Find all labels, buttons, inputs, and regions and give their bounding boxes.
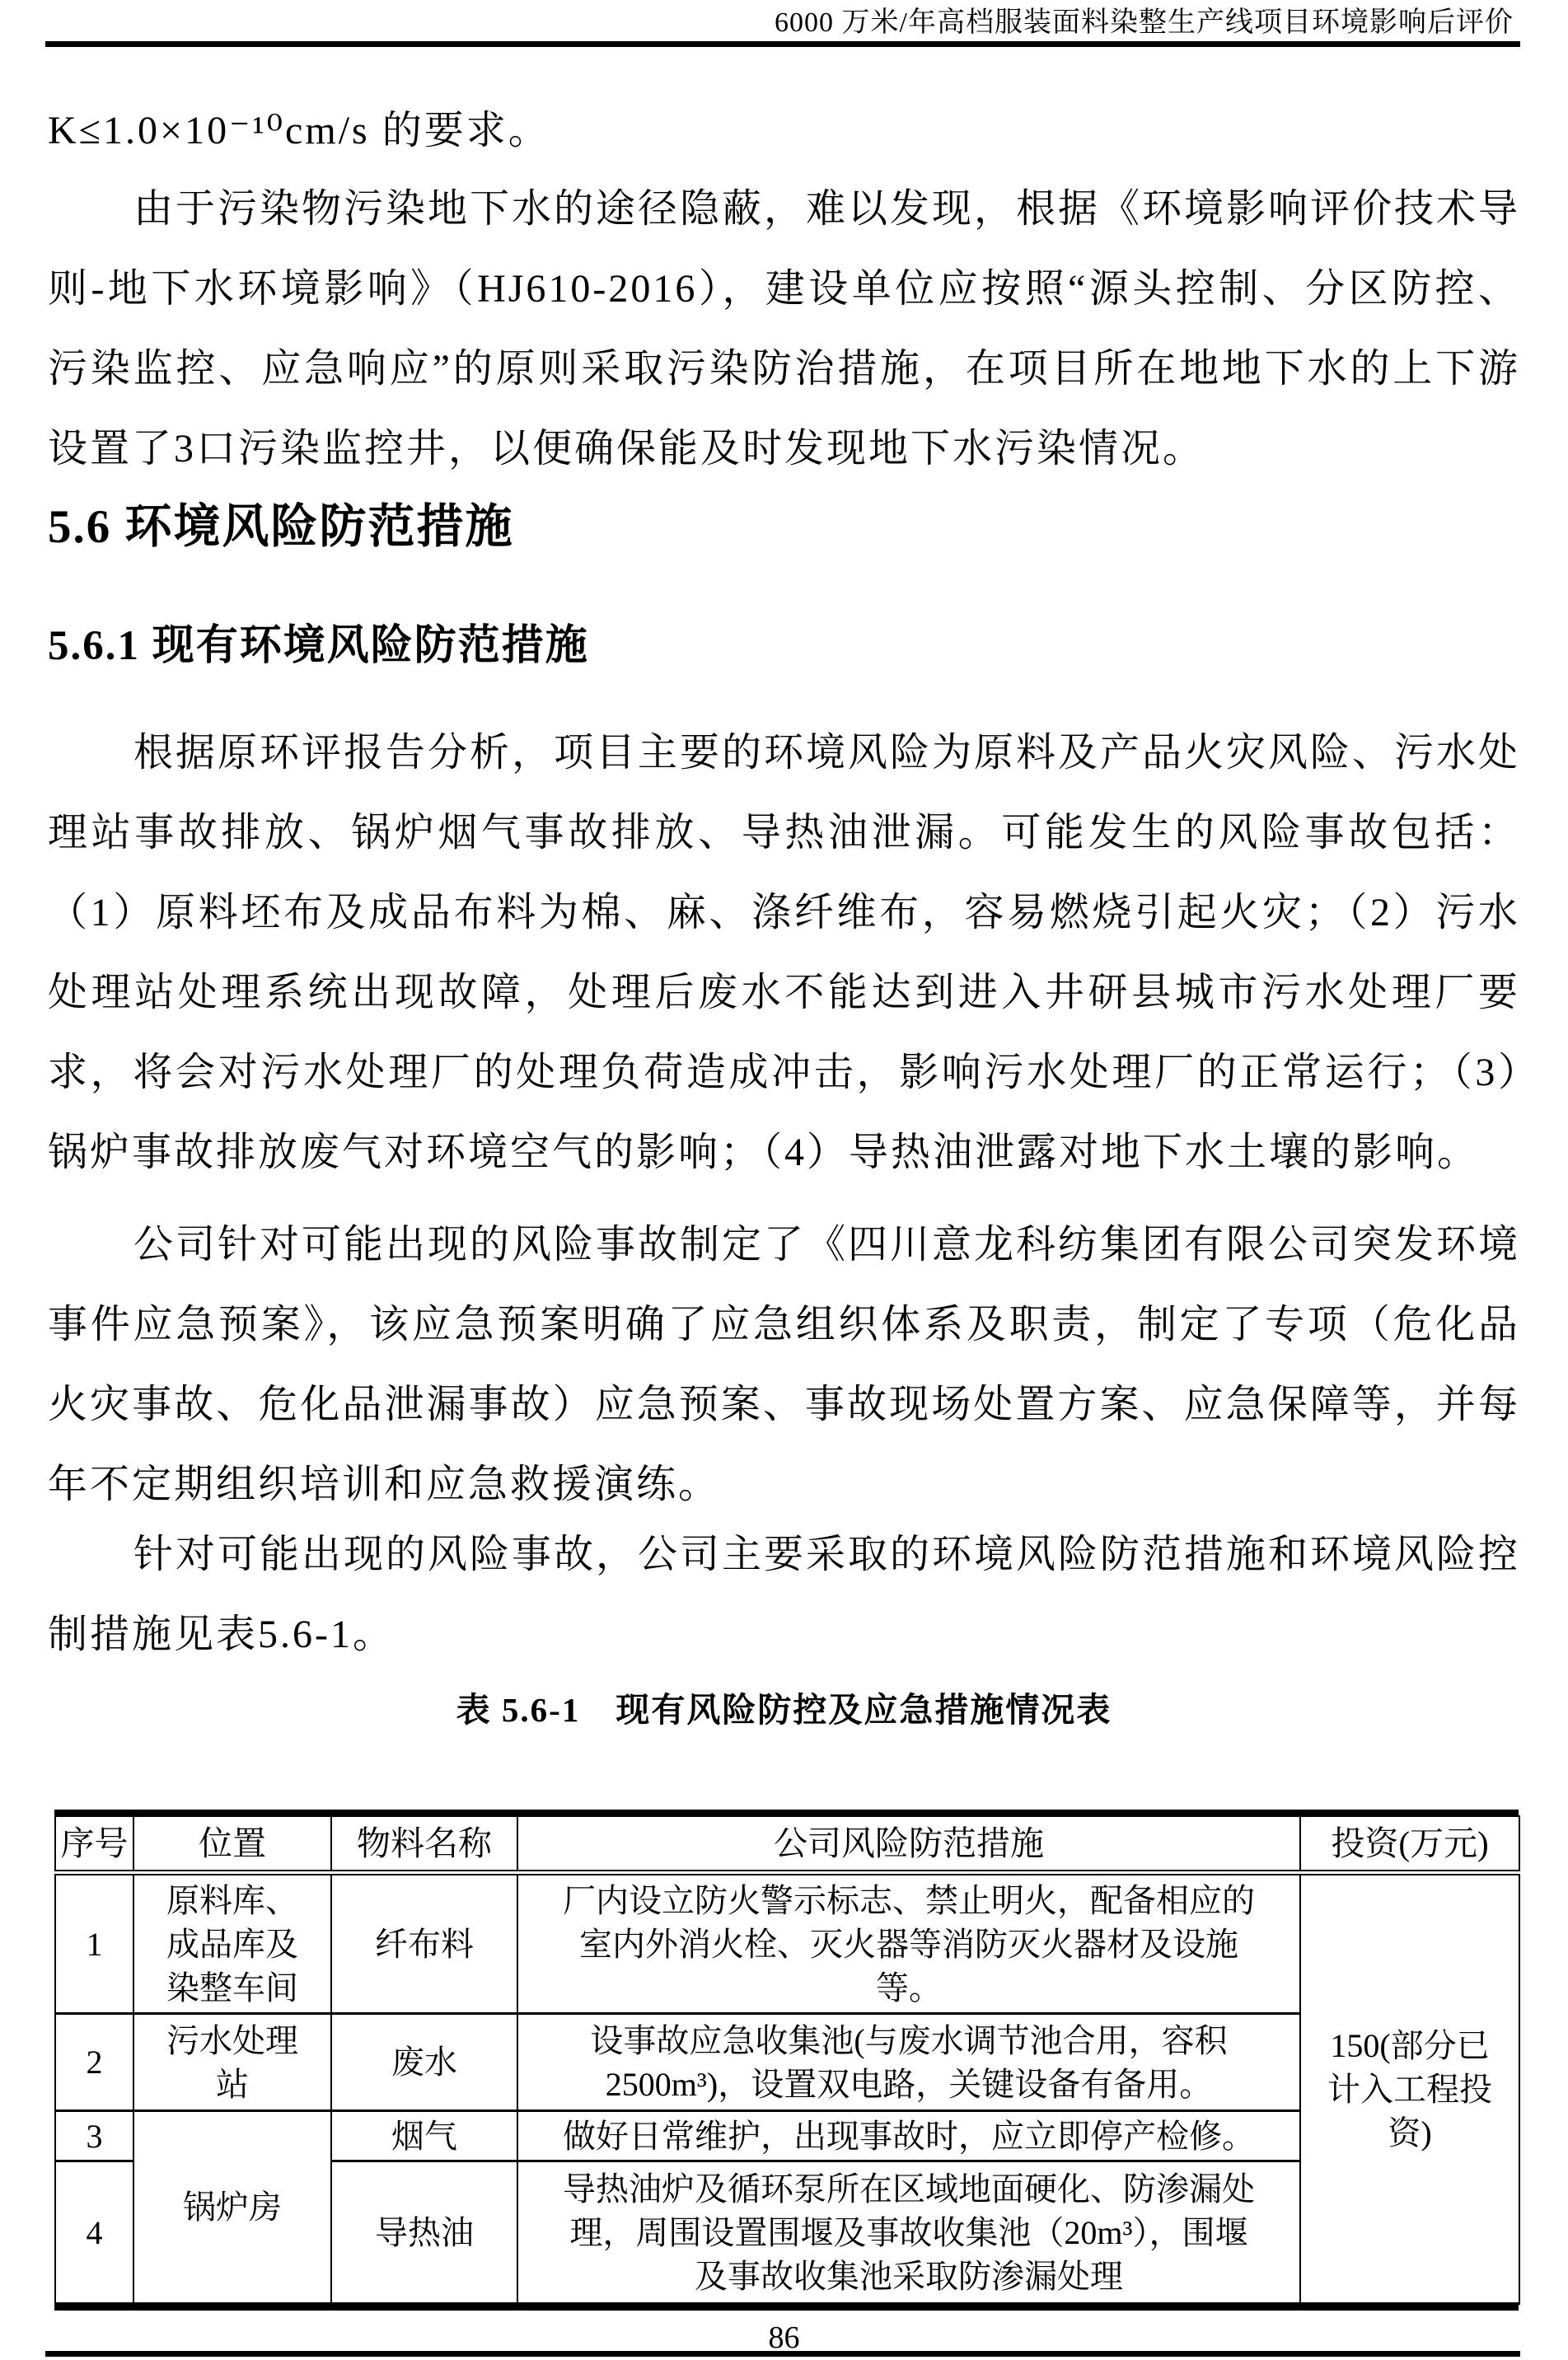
column-header-location: 位置	[133, 1816, 331, 1873]
cell-measure: 设事故应急收集池(与废水调节池合用，容积2500m³)，设置双电路，关键设备有备…	[517, 2014, 1300, 2111]
table-header-row: 序号 位置 物料名称 公司风险防范措施 投资(万元)	[55, 1816, 1519, 1873]
page-number: 86	[0, 2320, 1568, 2355]
paragraph-groundwater-monitoring: 由于污染物污染地下水的途径隐蔽，难以发现，根据《环境影响评价技术导则-地下水环境…	[48, 169, 1520, 489]
cell-location: 污水处理站	[133, 2014, 331, 2111]
table-row: 2 污水处理站 废水 设事故应急收集池(与废水调节池合用，容积2500m³)，设…	[55, 2014, 1519, 2111]
table-row: 3 锅炉房 烟气 做好日常维护，出现事故时，应立即停产检修。	[55, 2111, 1519, 2161]
document-page: 6000 万米/年高档服装面料染整生产线项目环境影响后评价 K≤1.0×10⁻¹…	[0, 0, 1568, 2360]
cell-measure: 做好日常维护，出现事故时，应立即停产检修。	[517, 2111, 1300, 2161]
cell-material: 废水	[331, 2014, 517, 2111]
cell-material: 烟气	[331, 2111, 517, 2161]
section-heading-5-6-1: 5.6.1 现有环境风险防范措施	[48, 616, 589, 676]
cell-index: 4	[55, 2161, 133, 2304]
paragraph-permeability-requirement: K≤1.0×10⁻¹⁰cm/s 的要求。	[48, 91, 1520, 171]
cell-index: 2	[55, 2014, 133, 2111]
cell-investment: 150(部分已计入工程投资)	[1300, 1873, 1519, 2304]
footer-rule	[45, 2351, 1520, 2357]
cell-location: 原料库、成品库及染整车间	[133, 1873, 331, 2014]
cell-material: 纤布料	[331, 1873, 517, 2014]
cell-material: 导热油	[331, 2161, 517, 2304]
paragraph-emergency-plan: 公司针对可能出现的风险事故制定了《四川意龙科纺集团有限公司突发环境事件应急预案》…	[48, 1205, 1520, 1524]
risk-measures-table: 序号 位置 物料名称 公司风险防范措施 投资(万元) 1 原料库、成品库及染整车…	[54, 1815, 1520, 2305]
header-title: 6000 万米/年高档服装面料染整生产线项目环境影响后评价	[775, 5, 1514, 41]
column-header-material: 物料名称	[331, 1816, 517, 1873]
cell-location: 锅炉房	[133, 2111, 331, 2304]
column-header-measures: 公司风险防范措施	[517, 1816, 1300, 1873]
cell-index: 1	[55, 1873, 133, 2014]
paragraph-measures-reference: 针对可能出现的风险事故，公司主要采取的环境风险防范措施和环境风险控制措施见表5.…	[48, 1515, 1520, 1674]
cell-measure: 厂内设立防火警示标志、禁止明火，配备相应的室内外消火栓、灭火器等消防灭火器材及设…	[517, 1873, 1300, 2014]
table-row: 1 原料库、成品库及染整车间 纤布料 厂内设立防火警示标志、禁止明火，配备相应的…	[55, 1873, 1519, 2014]
header-rule	[45, 41, 1520, 47]
column-header-investment: 投资(万元)	[1300, 1816, 1519, 1873]
column-header-index: 序号	[55, 1816, 133, 1873]
cell-index: 3	[55, 2111, 133, 2161]
section-heading-5-6: 5.6 环境风险防范措施	[48, 494, 514, 560]
table-caption: 表 5.6-1 现有风险防控及应急措施情况表	[0, 1688, 1568, 1732]
paragraph-risk-analysis: 根据原环评报告分析，项目主要的环境风险为原料及产品火灾风险、污水处理站事故排放、…	[48, 713, 1520, 1192]
risk-measures-table-wrap: 序号 位置 物料名称 公司风险防范措施 投资(万元) 1 原料库、成品库及染整车…	[54, 1810, 1519, 2311]
cell-measure: 导热油炉及循环泵所在区域地面硬化、防渗漏处理，周围设置围堰及事故收集池（20m³…	[517, 2161, 1300, 2304]
